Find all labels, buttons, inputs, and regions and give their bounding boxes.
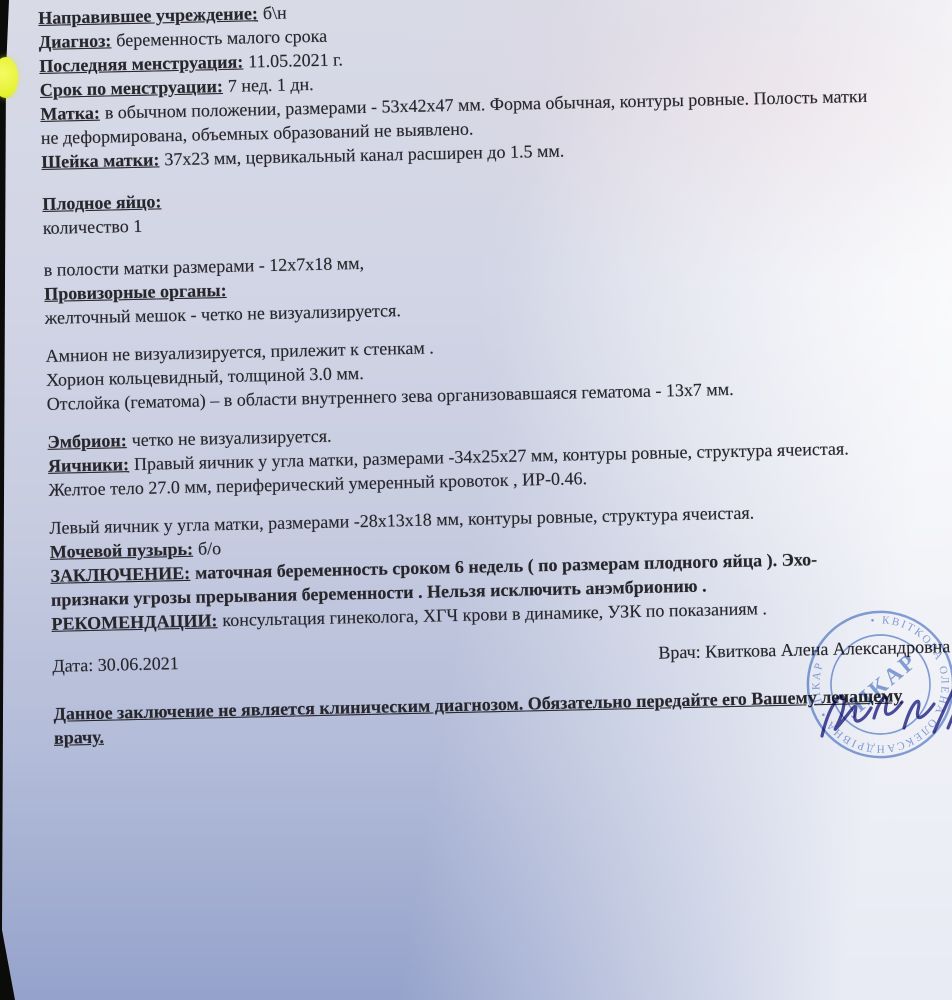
field-label: Последняя менструация:	[39, 52, 243, 76]
field-value: б/о	[198, 538, 222, 559]
field-value: беременность малого срока	[116, 26, 327, 51]
field-label: Эмбрион:	[47, 430, 127, 452]
field-label: Плодное яйцо:	[42, 191, 161, 214]
field-value: количество 1	[43, 216, 143, 238]
field-label: Срок по менструации:	[40, 76, 223, 100]
field-value: четко не визуализируется.	[131, 426, 331, 450]
field-label: Матка:	[40, 103, 100, 124]
field-label: ЗАКЛЮЧЕНИЕ:	[50, 563, 190, 586]
signature	[812, 666, 952, 756]
field-value: 11.05.2021 г.	[248, 49, 343, 71]
field-label: Диагноз:	[39, 30, 112, 52]
field-value: 7 нед. 1 дн.	[228, 74, 314, 96]
field-label: Направившее учреждение:	[38, 3, 258, 28]
date-text: Дата: 30.06.2021	[52, 651, 179, 678]
field-value: в полости матки размерами - 12х7х18 мм,	[44, 253, 365, 280]
field-label: Провизорные органы:	[44, 280, 227, 304]
field-label: Мочевой пузырь:	[50, 539, 193, 562]
field-label: Шейка матки:	[41, 149, 159, 172]
field-label: Яичники:	[48, 454, 129, 476]
field-label: РЕКОМЕНДАЦИИ:	[51, 610, 217, 634]
field-value: б\н	[263, 3, 287, 24]
